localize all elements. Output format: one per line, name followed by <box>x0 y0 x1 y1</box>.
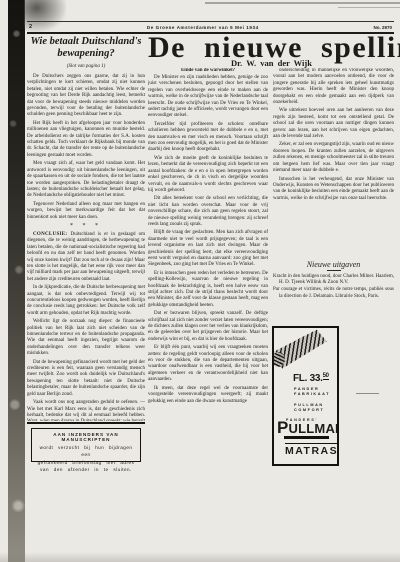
main-article-paragraph: Wie uitrekent hoeveel uren aan het aanle… <box>273 108 394 140</box>
left-article-paragraph: Tegenover Nederland alleen nog maar met … <box>27 202 145 221</box>
notice-title: AAN INZENDERS VAN MANUSCRIPTEN <box>36 432 136 442</box>
ad-price-cents: 50 <box>323 373 329 380</box>
section-separator: * * * <box>27 223 145 229</box>
left-article-title: Wie betaalt Duitschland's bewapening? <box>29 36 143 60</box>
conclusion-paragraph: CONCLUSIE: Duitschland is er in geslaagd… <box>27 232 145 283</box>
ad-brand: PULLMAN <box>277 422 332 435</box>
main-article-paragraph: Dit alles beteekent voor de school een v… <box>148 196 268 228</box>
ornament-rule <box>327 270 341 271</box>
pullman-matras-advertisement: FL. 33.50 PANDER FABRIKAAT PULLMAN COMFO… <box>272 326 339 466</box>
main-article-paragraph: Blijft de vraag der geslachten. Men kan … <box>148 230 268 268</box>
scan-bottom-shade <box>0 552 400 562</box>
left-article-paragraph: De Duitschers zeggen ons gaarne, dat zij… <box>27 74 145 119</box>
column-rule <box>27 422 145 424</box>
main-article-paragraph: Intusschen is het verheugend, dat onze M… <box>273 177 394 203</box>
left-article-paragraph: Men vraagt zich af, waar het geld vandaa… <box>27 161 145 199</box>
notice-line: van den afzender in te sluiten. <box>36 466 136 473</box>
main-article-paragraph: Wie zich de moeite geeft de koninklijke … <box>148 156 268 194</box>
main-article-paragraph: Ik meen, dat deze regel wel de voornaams… <box>148 386 268 405</box>
ad-brand-block: PANDERS' PULLMAN MATRAS <box>277 418 332 460</box>
main-article-paragraph: Er is intusschen geen reden het verleden… <box>148 271 268 309</box>
newspaper-page: 2 De Groene Amsterdammer van 5 Mei 1934 … <box>0 0 400 562</box>
left-article-paragraph: Vaak wordt ons nog aangeraden geduld te … <box>27 400 145 421</box>
masthead: De Groene Amsterdammer van 5 Mei 1934 <box>147 25 259 30</box>
main-article-paragraph: onderscheiding in mannelijke en vrouweli… <box>273 68 394 106</box>
main-article-paragraph: De Minister en zijn raadslieden hebben, … <box>148 75 268 120</box>
new-edition-item: Kracht in den huidigen nood, door Charle… <box>279 274 394 286</box>
main-article-paragraph: Zeker, er zal een overgangstijd zijn, wa… <box>273 142 394 174</box>
ad-price-main: FL. 33. <box>293 373 323 384</box>
scan-edge-strip <box>8 0 25 562</box>
left-article: Wie betaalt Duitschland's bewapening? (S… <box>27 36 145 421</box>
mattress-illustration <box>272 330 330 370</box>
ad-comfort-line: PULLMAN COMFORT <box>294 403 324 414</box>
new-editions-heading: Nieuwe uitgaven <box>273 260 394 269</box>
conclusion-text: Duitschland is er in geslaagd om diegene… <box>27 232 145 282</box>
main-article-subhead: Einde van de warwinkel? <box>148 68 268 73</box>
manuscripts-notice-box: AAN INZENDERS VAN MANUSCRIPTEN wordt ver… <box>31 428 141 462</box>
new-editions-section: Nieuwe uitgaven Kracht in den huidigen n… <box>273 260 394 320</box>
conclusion-label: CONCLUSIE: <box>33 232 67 237</box>
notice-line: gefrankeerd briefomslag met adres <box>36 459 136 466</box>
issue-number: No. 2970 <box>373 25 392 30</box>
main-article-byline: Dr. W. van der Wijk <box>148 58 395 68</box>
ad-maker: PANDER FABRIKAAT <box>294 387 330 398</box>
continuation-note: (Slot van pagina 1) <box>27 64 145 69</box>
ad-product: MATRAS <box>285 443 338 457</box>
main-article-paragraph: Dat er bezwaren blijven, spreekt vanzelf… <box>148 311 268 343</box>
left-article-paragraph: Het Rijk heeft in het afgeloopen jaar vo… <box>27 121 145 159</box>
main-article-paragraph: Er blijft één punt, waarbij wij een vraa… <box>148 345 268 383</box>
left-article-paragraph: In de lijkpredicatie, die de Duitsche he… <box>27 285 145 317</box>
scan-streak <box>205 2 400 4</box>
main-article-column-2: onderscheiding in mannelijke en vrouweli… <box>273 68 394 252</box>
left-article-paragraph: Dat de bewapening gefinancierd wordt met… <box>27 360 145 398</box>
main-article-paragraph: Terzelfder tijd profiteeren de scholen: … <box>148 122 268 154</box>
ad-black-bar <box>284 436 329 440</box>
notice-line: wordt verzocht bij hun bijdragen een <box>36 444 136 459</box>
left-article-paragraph: Wellicht ligt de oorzaak nog dieper: de … <box>27 319 145 357</box>
new-edition-item: Par courage et victimes, récits de notre… <box>279 287 394 299</box>
ad-price: FL. 33.50 <box>293 373 329 384</box>
scan-streak <box>338 7 400 8</box>
page-number: 2 <box>29 24 32 30</box>
main-article-column-1: Einde van de warwinkel? De Minister en z… <box>148 68 268 472</box>
scan-dash <box>356 393 379 394</box>
mattress-roll <box>272 352 285 367</box>
